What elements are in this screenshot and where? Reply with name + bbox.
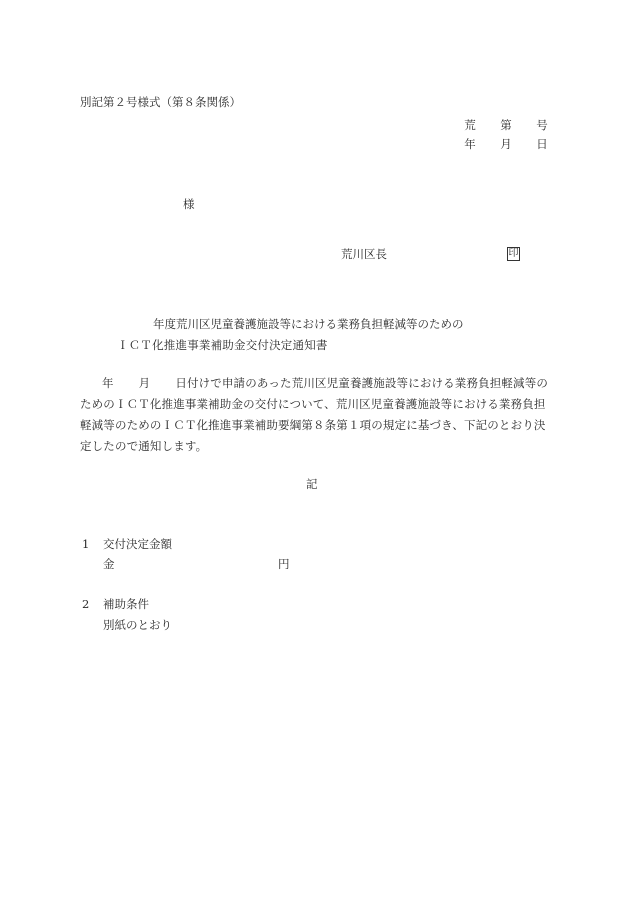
document-title-line1: 年度荒川区児童養護施設等における業務負担軽減等のための: [153, 319, 464, 331]
item-1-amount-suffix: 円: [278, 559, 290, 571]
reference-prefix: 荒: [464, 120, 476, 132]
item-1-number: 1: [82, 539, 89, 551]
issuer-name: 荒川区長: [341, 249, 387, 261]
reference-go: 号: [536, 120, 548, 132]
ki-heading: 記: [306, 479, 318, 491]
item-1-heading: 交付決定金額: [103, 539, 172, 551]
date-day-label: 日: [536, 139, 548, 151]
body-paragraph-line2: ためのＩＣＴ化推進事業補助金の交付について、荒川区児童養護施設等における業務負担: [80, 399, 546, 411]
form-label: 別記第２号様式（第８条関係）: [80, 97, 241, 109]
item-2-heading: 補助条件: [103, 599, 149, 611]
reference-number-row: 荒 第 号: [464, 120, 548, 132]
date-year-label: 年: [464, 139, 476, 151]
reference-dai: 第: [500, 120, 512, 132]
item-2-number: 2: [82, 599, 89, 611]
body-paragraph-line4: 定したので通知します。: [80, 441, 207, 453]
body-paragraph-line1: 年月日付けで申請のあった荒川区児童養護施設等における業務負担軽減等の: [80, 378, 548, 390]
body-year-label: 年: [102, 378, 114, 390]
body-month-label: 月: [139, 378, 151, 390]
item-1-amount-prefix: 金: [103, 559, 115, 571]
document-title-line2: ＩＣＴ化推進事業補助金交付決定通知書: [117, 340, 328, 352]
reference-date-row: 年 月 日: [464, 139, 548, 151]
body-line1-text: 日付けで申請のあった荒川区児童養護施設等における業務負担軽減等の: [175, 378, 548, 390]
body-paragraph-line3: 軽減等のためのＩＣＴ化推進事業補助要綱第８条第１項の規定に基づき、下記のとおり決: [80, 420, 546, 432]
seal-icon: 印: [507, 247, 520, 261]
item-2-detail: 別紙のとおり: [103, 620, 172, 632]
date-month-label: 月: [500, 139, 512, 151]
addressee-suffix: 様: [183, 199, 195, 211]
